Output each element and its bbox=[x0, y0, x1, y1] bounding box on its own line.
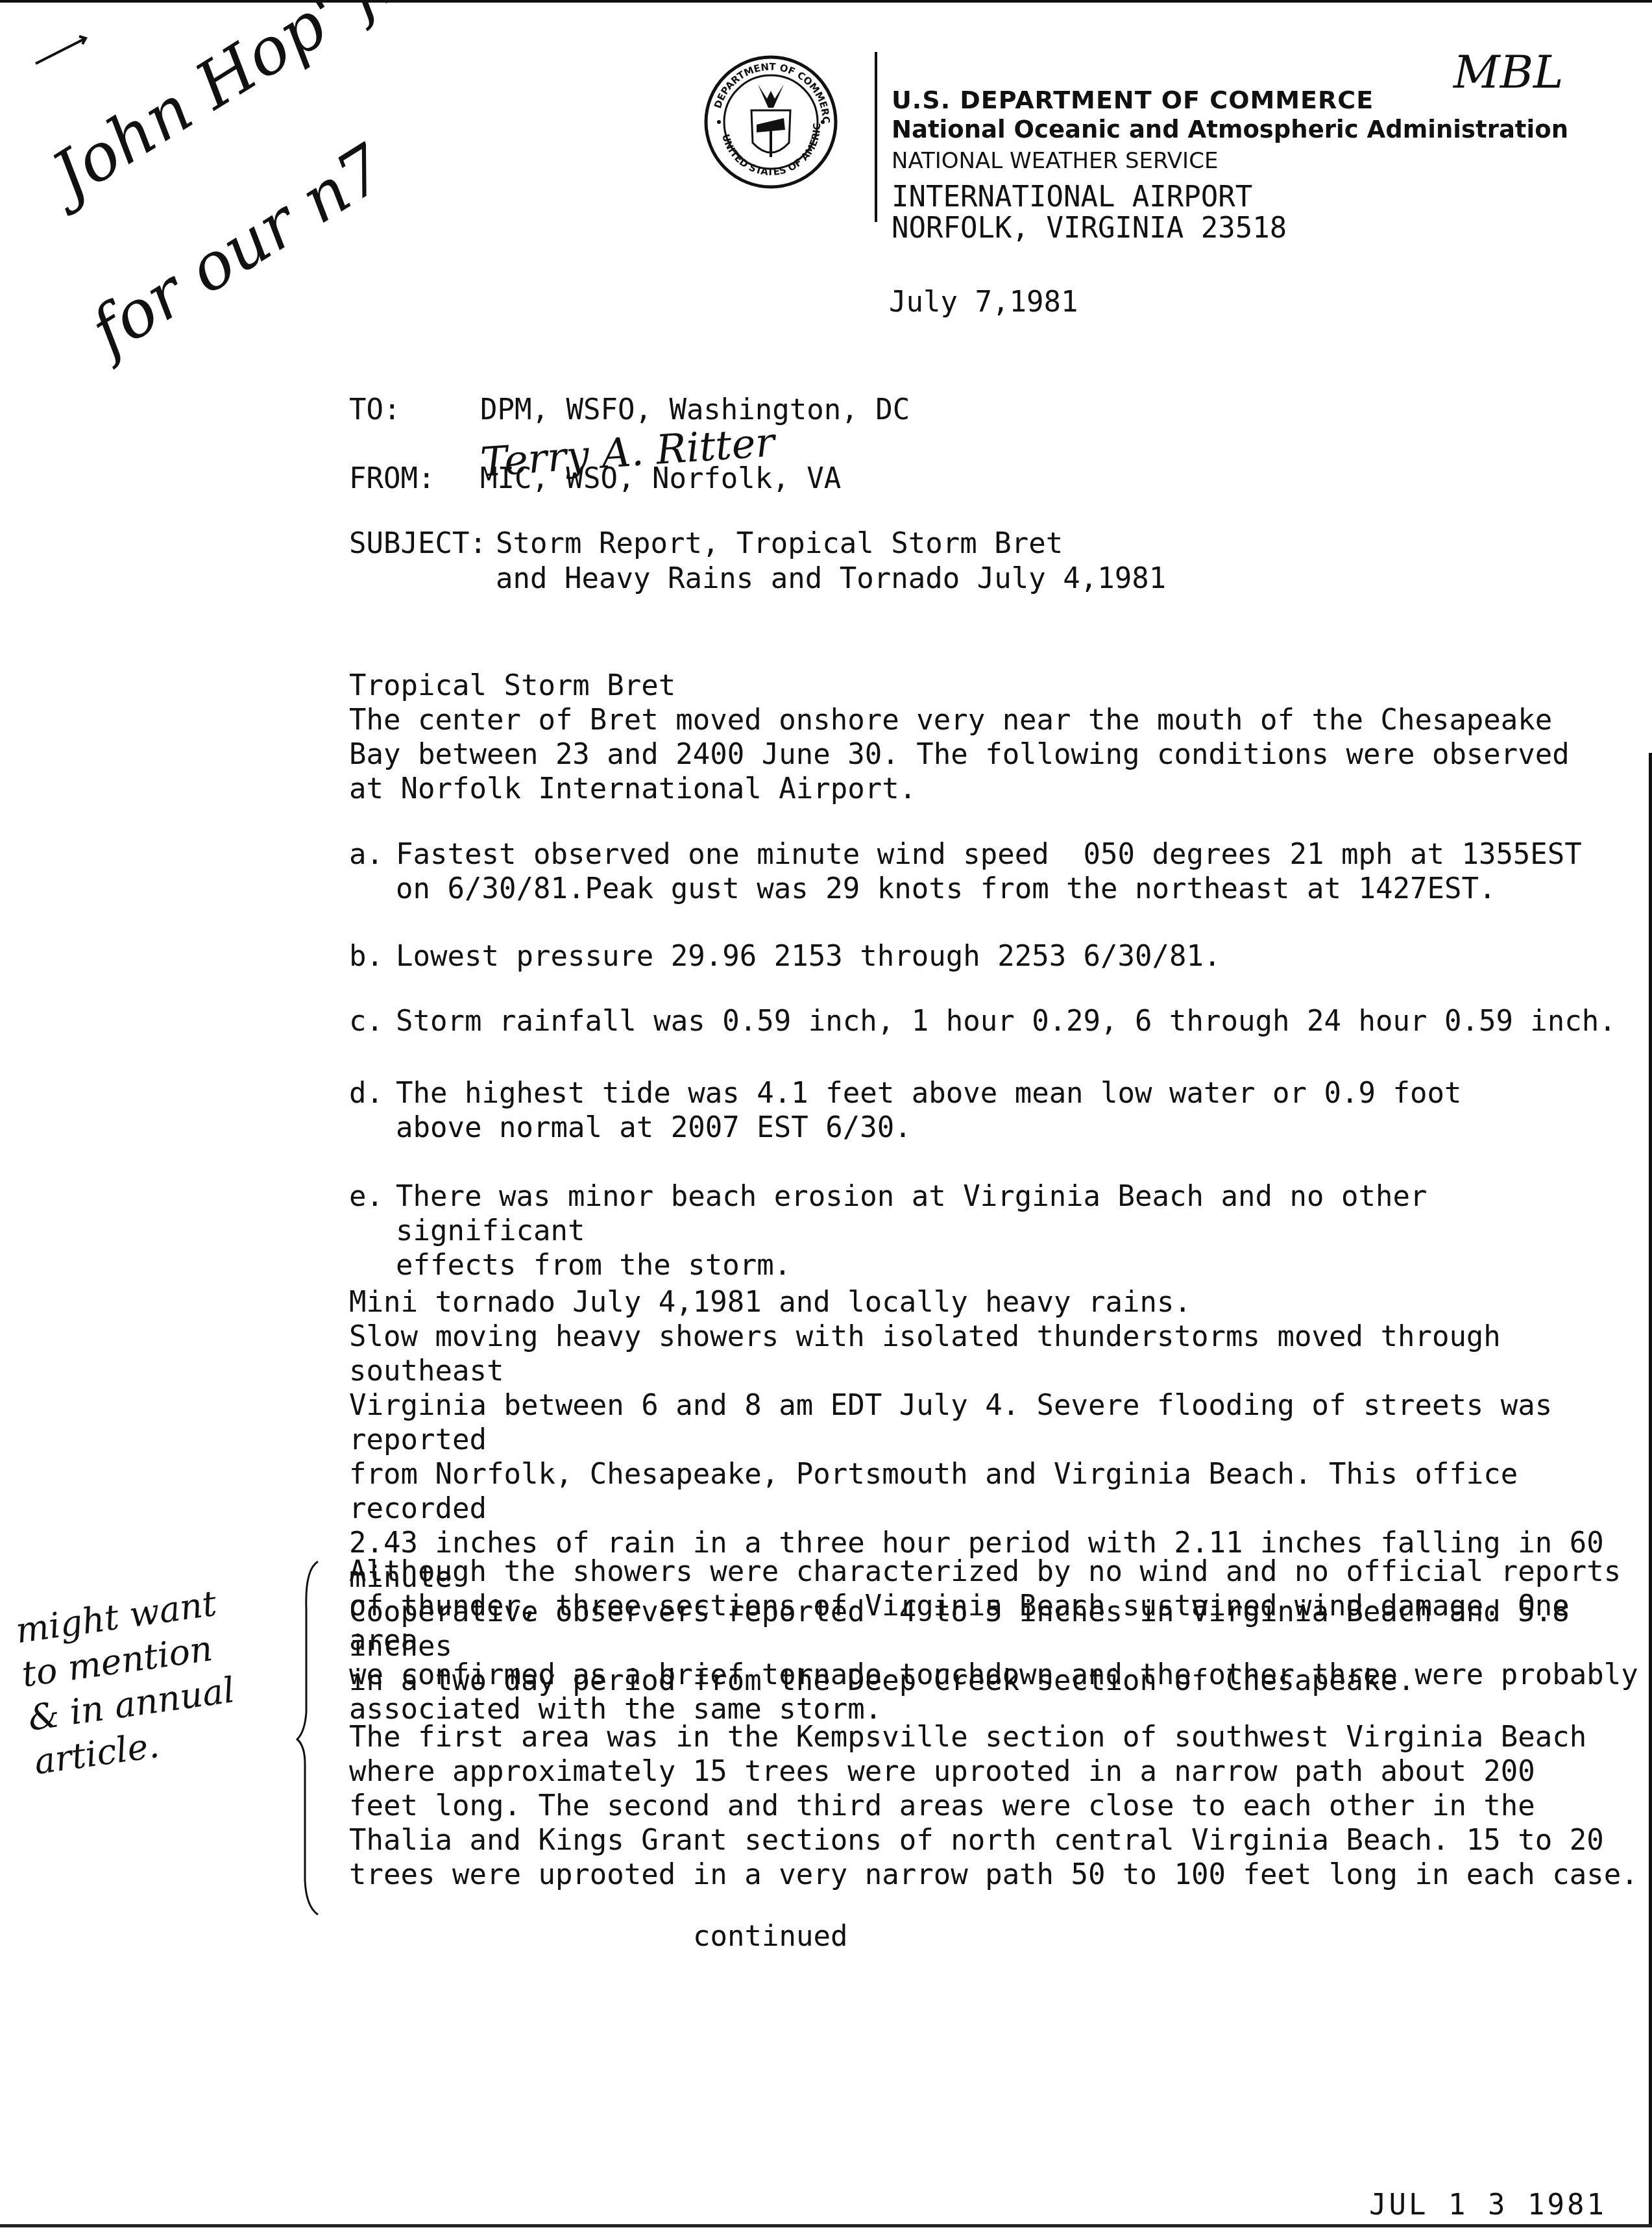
letterhead-office: INTERNATIONAL AIRPORT bbox=[892, 180, 1252, 214]
continued-label: continued bbox=[693, 1920, 847, 1953]
letterhead-agency: National Oceanic and Atmospheric Adminis… bbox=[892, 116, 1568, 143]
tree-damage-paragraph: The first area was in the Kempsville sec… bbox=[349, 1720, 1640, 1892]
list-item: e.There was minor beach erosion at Virgi… bbox=[349, 1179, 1640, 1282]
list-marker: a. bbox=[349, 837, 396, 872]
handwritten-arrow-icon bbox=[26, 26, 130, 78]
handwritten-initials: MBL bbox=[1453, 45, 1564, 99]
section-intro-paragraph: The center of Bret moved onshore very ne… bbox=[349, 703, 1640, 806]
svg-text:DEPARTMENT OF COMMERCE: DEPARTMENT OF COMMERCE bbox=[702, 53, 832, 123]
to-label: TO: bbox=[349, 393, 400, 426]
memo-page: John Hop' file for our n7 MBL DEPARTMENT… bbox=[0, 0, 1652, 2230]
list-item: d.The highest tide was 4.1 feet above me… bbox=[349, 1076, 1640, 1145]
scan-edge-bottom bbox=[0, 2224, 1652, 2227]
letterhead-service: NATIONAL WEATHER SERVICE bbox=[892, 148, 1218, 174]
list-marker: e. bbox=[349, 1179, 396, 1214]
department-of-commerce-seal-icon: DEPARTMENT OF COMMERCE UNITED STATES OF … bbox=[702, 53, 840, 191]
list-item-text: The highest tide was 4.1 feet above mean… bbox=[396, 1076, 1629, 1145]
subject-line-2: and Heavy Rains and Tornado July 4,1981 bbox=[496, 562, 1166, 595]
section-heading-mini-tornado: Mini tornado July 4,1981 and locally hea… bbox=[349, 1285, 1640, 1319]
list-item: c.Storm rainfall was 0.59 inch, 1 hour 0… bbox=[349, 1004, 1640, 1038]
from-value: MIC, WSO, Norfolk, VA bbox=[480, 462, 841, 495]
section-heading-tropical-storm: Tropical Storm Bret bbox=[349, 668, 1640, 703]
subject-line-1: Storm Report, Tropical Storm Bret bbox=[496, 527, 1063, 560]
handwritten-brace-icon bbox=[292, 1556, 331, 1920]
list-item-text: There was minor beach erosion at Virgini… bbox=[396, 1179, 1629, 1282]
from-label: FROM: bbox=[349, 462, 435, 495]
list-item-text: Storm rainfall was 0.59 inch, 1 hour 0.2… bbox=[396, 1004, 1629, 1038]
letterhead-department: U.S. DEPARTMENT OF COMMERCE bbox=[892, 86, 1374, 114]
list-item-text: Lowest pressure 29.96 2153 through 2253 … bbox=[396, 939, 1629, 974]
list-item-text: Fastest observed one minute wind speed 0… bbox=[396, 837, 1629, 906]
memo-date: July 7,1981 bbox=[889, 286, 1078, 319]
received-date-stamp: JUL 1 3 1981 bbox=[1369, 2188, 1607, 2222]
list-marker: c. bbox=[349, 1004, 396, 1038]
subject-label: SUBJECT: bbox=[349, 527, 487, 560]
list-item: b.Lowest pressure 29.96 2153 through 225… bbox=[349, 939, 1640, 974]
list-marker: b. bbox=[349, 939, 396, 974]
letterhead-divider bbox=[875, 52, 877, 222]
letterhead-address: NORFOLK, VIRGINIA 23518 bbox=[892, 212, 1287, 245]
wind-damage-paragraph: Although the showers were characterized … bbox=[349, 1554, 1640, 1726]
scan-edge-top bbox=[0, 0, 1652, 3]
to-value: DPM, WSFO, Washington, DC bbox=[480, 393, 910, 426]
handwritten-margin-note: might want to mention & in annual articl… bbox=[13, 1580, 243, 1784]
list-marker: d. bbox=[349, 1076, 396, 1110]
list-item: a.Fastest observed one minute wind speed… bbox=[349, 837, 1640, 906]
